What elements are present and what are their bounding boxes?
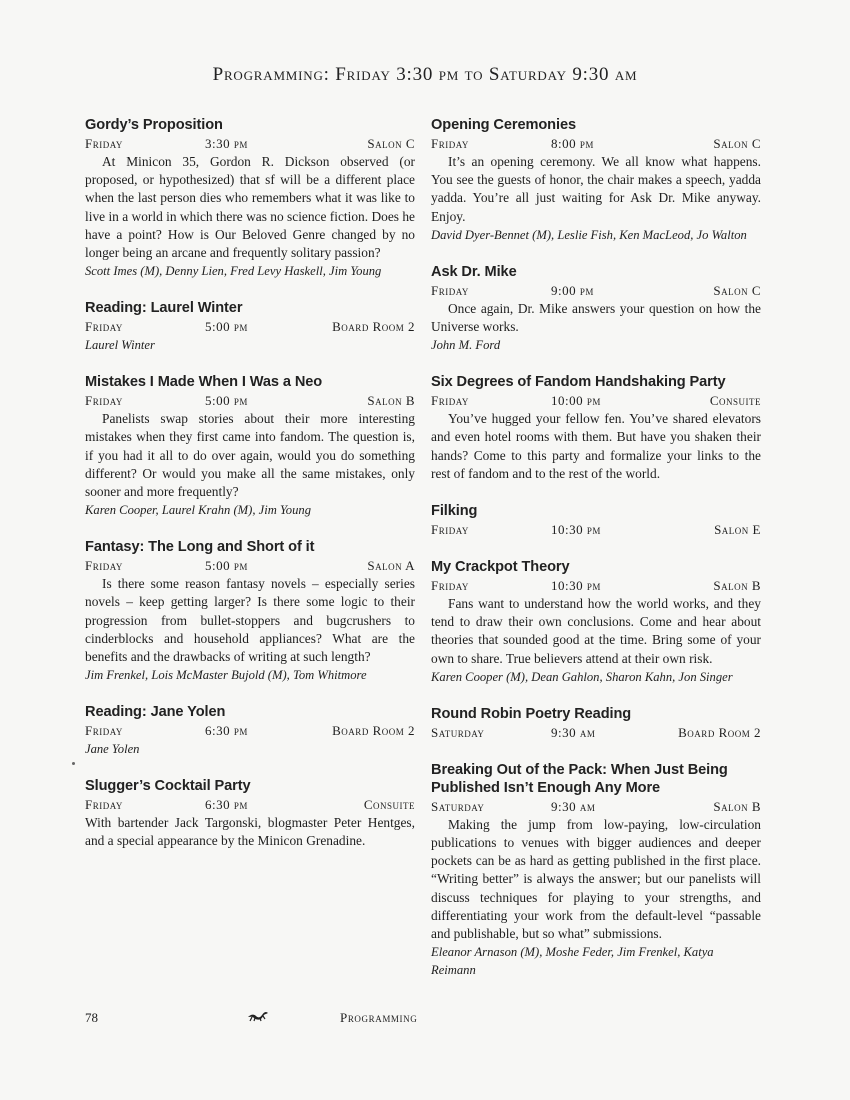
event-day: Friday [85,722,195,740]
event-meta: Friday 5:00 pm Salon A [85,557,415,575]
event-room: Board Room 2 [678,724,761,742]
event-time: 6:30 pm [195,796,364,814]
event-description: Fans want to understand how the world wo… [431,595,761,668]
event-time: 9:30 am [541,798,713,816]
event-title: Reading: Jane Yolen [85,703,415,721]
event-title: Breaking Out of the Pack: When Just Bein… [431,761,761,797]
event-description: Once again, Dr. Mike answers your questi… [431,300,761,336]
event-time: 10:30 pm [541,521,714,539]
event-time: 5:00 pm [195,392,367,410]
event-mistakes-neo: Mistakes I Made When I Was a Neo Friday … [85,373,415,519]
event-title: Ask Dr. Mike [431,263,761,281]
event-room: Salon B [713,798,761,816]
event-description: It’s an opening ceremony. We all know wh… [431,153,761,226]
event-my-crackpot-theory: My Crackpot Theory Friday 10:30 pm Salon… [431,558,761,686]
event-time: 9:00 pm [541,282,713,300]
event-room: Board Room 2 [332,722,415,740]
event-description: At Minicon 35, Gordon R. Dickson observe… [85,153,415,262]
event-panelists: Karen Cooper, Laurel Krahn (M), Jim Youn… [85,501,415,519]
event-time: 3:30 pm [195,135,367,153]
event-room: Salon E [714,521,761,539]
event-day: Friday [431,521,541,539]
event-day: Friday [431,282,541,300]
event-room: Salon C [713,135,761,153]
event-ask-dr-mike: Ask Dr. Mike Friday 9:00 pm Salon C Once… [431,263,761,354]
event-description: Is there some reason fantasy novels – es… [85,575,415,666]
event-filking: Filking Friday 10:30 pm Salon E [431,502,761,539]
event-day: Friday [85,392,195,410]
event-day: Friday [431,577,541,595]
left-column: Gordy’s Proposition Friday 3:30 pm Salon… [85,116,415,870]
event-panelists: Scott Imes (M), Denny Lien, Fred Levy Ha… [85,262,415,280]
event-fantasy-long-short: Fantasy: The Long and Short of it Friday… [85,538,415,684]
event-reading-laurel-winter: Reading: Laurel Winter Friday 5:00 pm Bo… [85,299,415,354]
event-breaking-out-of-the-pack: Breaking Out of the Pack: When Just Bein… [431,761,761,979]
event-meta: Friday 10:30 pm Salon B [431,577,761,595]
event-title: Slugger’s Cocktail Party [85,777,415,795]
event-room: Salon A [367,557,415,575]
event-panelists: John M. Ford [431,336,761,354]
event-title: Six Degrees of Fandom Handshaking Party [431,373,761,391]
event-panelists: Eleanor Arnason (M), Moshe Feder, Jim Fr… [431,943,761,979]
event-description: You’ve hugged your fellow fen. You’ve sh… [431,410,761,483]
event-day: Friday [85,796,195,814]
scan-speck [72,762,75,765]
event-room: Salon C [713,282,761,300]
event-meta: Friday 6:30 pm Board Room 2 [85,722,415,740]
event-meta: Friday 3:30 pm Salon C [85,135,415,153]
event-opening-ceremonies: Opening Ceremonies Friday 8:00 pm Salon … [431,116,761,244]
event-meta: Friday 6:30 pm Consuite [85,796,415,814]
event-time: 10:00 pm [541,392,710,410]
event-time: 9:30 am [541,724,678,742]
event-panelists: Jim Frenkel, Lois McMaster Bujold (M), T… [85,666,415,684]
event-meta: Friday 9:00 pm Salon C [431,282,761,300]
event-day: Saturday [431,724,541,742]
event-day: Friday [85,318,195,336]
page-title: Programming: Friday 3:30 pm to Saturday … [0,64,850,86]
event-time: 5:00 pm [195,557,367,575]
event-time: 6:30 pm [195,722,332,740]
event-six-degrees-party: Six Degrees of Fandom Handshaking Party … [431,373,761,483]
event-title: Opening Ceremonies [431,116,761,134]
event-room: Consuite [364,796,415,814]
event-time: 10:30 pm [541,577,713,595]
event-description: Panelists swap stories about their more … [85,410,415,501]
event-day: Friday [85,135,195,153]
event-title: Gordy’s Proposition [85,116,415,134]
event-panelists: Karen Cooper (M), Dean Gahlon, Sharon Ka… [431,668,761,686]
event-panelists: David Dyer-Bennet (M), Leslie Fish, Ken … [431,226,761,244]
event-room: Consuite [710,392,761,410]
page-number: 78 [85,1010,98,1026]
lizard-ornament-icon [247,1008,269,1026]
event-time: 8:00 pm [541,135,713,153]
event-day: Saturday [431,798,541,816]
event-room: Salon C [367,135,415,153]
event-panelists: Jane Yolen [85,740,415,758]
event-meta: Friday 5:00 pm Board Room 2 [85,318,415,336]
event-meta: Saturday 9:30 am Board Room 2 [431,724,761,742]
event-title: My Crackpot Theory [431,558,761,576]
event-room: Salon B [367,392,415,410]
event-title: Filking [431,502,761,520]
event-title: Fantasy: The Long and Short of it [85,538,415,556]
event-title: Mistakes I Made When I Was a Neo [85,373,415,391]
event-day: Friday [85,557,195,575]
event-description: With bartender Jack Targonski, blogmaste… [85,814,415,850]
event-title: Round Robin Poetry Reading [431,705,761,723]
event-reading-jane-yolen: Reading: Jane Yolen Friday 6:30 pm Board… [85,703,415,758]
event-round-robin-poetry: Round Robin Poetry Reading Saturday 9:30… [431,705,761,742]
event-meta: Saturday 9:30 am Salon B [431,798,761,816]
event-description: Making the jump from low-paying, low-cir… [431,816,761,943]
event-gordys-proposition: Gordy’s Proposition Friday 3:30 pm Salon… [85,116,415,280]
event-room: Board Room 2 [332,318,415,336]
event-time: 5:00 pm [195,318,332,336]
event-day: Friday [431,135,541,153]
event-meta: Friday 5:00 pm Salon B [85,392,415,410]
footer-section-name: Programming [340,1010,417,1026]
event-room: Salon B [713,577,761,595]
event-meta: Friday 10:00 pm Consuite [431,392,761,410]
event-panelists: Laurel Winter [85,336,415,354]
event-meta: Friday 10:30 pm Salon E [431,521,761,539]
event-day: Friday [431,392,541,410]
event-meta: Friday 8:00 pm Salon C [431,135,761,153]
event-title: Reading: Laurel Winter [85,299,415,317]
event-sluggers-cocktail-party: Slugger’s Cocktail Party Friday 6:30 pm … [85,777,415,850]
right-column: Opening Ceremonies Friday 8:00 pm Salon … [431,116,761,998]
page-footer: 78 Programming [85,1010,485,1030]
